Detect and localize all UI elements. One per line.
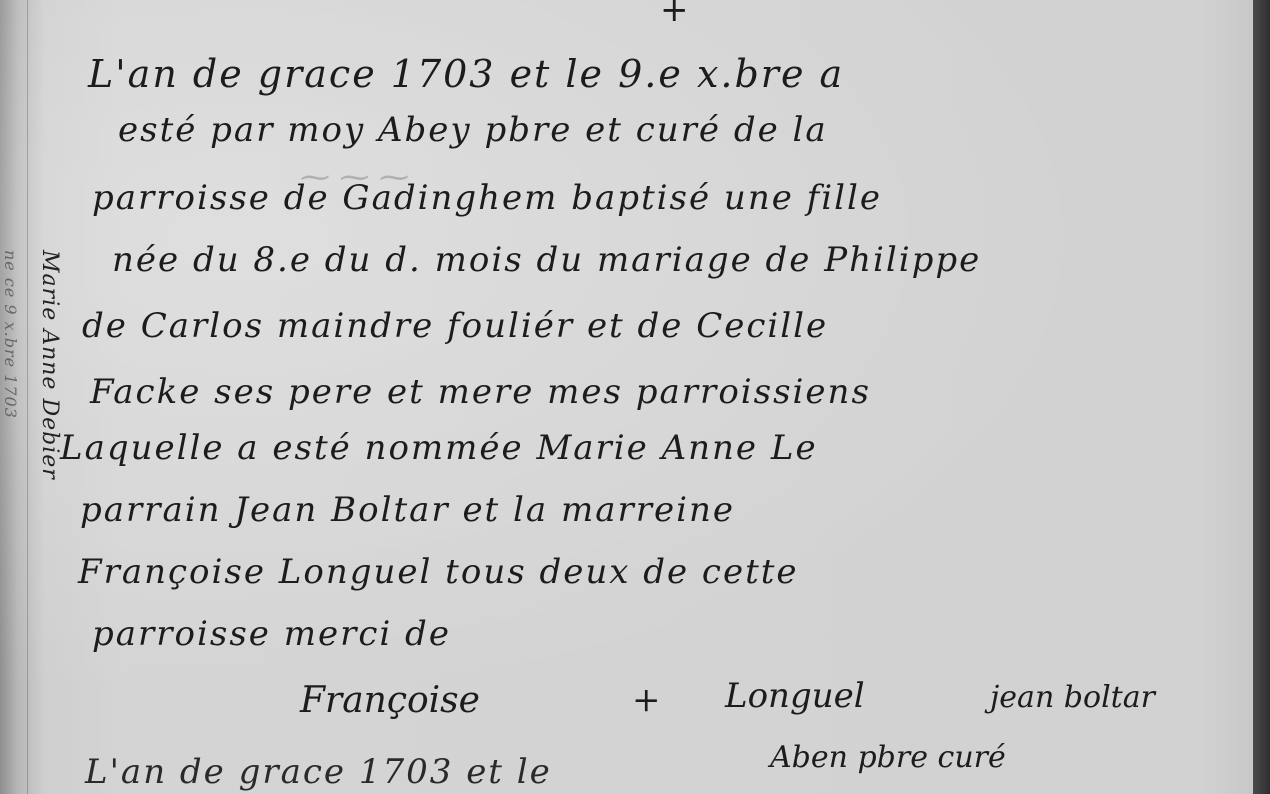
signature-godmother-surname: Longuel (725, 676, 865, 716)
godmother-cross-mark: + (632, 680, 661, 720)
entry-line-5: de Carlos maindre fouliér et de Cecille (82, 306, 828, 346)
entry-line-3: parroisse de Gadinghem baptisé une fille (92, 178, 882, 218)
margin-note-child-name: Marie Anne Debier (37, 250, 62, 480)
next-entry-start: L'an de grace 1703 et le (85, 752, 552, 792)
top-cross-mark: + (660, 0, 689, 30)
margin-rule (27, 0, 28, 794)
signature-godfather: jean boltar (990, 680, 1155, 715)
signature-priest: Aben pbre curé (770, 740, 1006, 775)
entry-line-8: parrain Jean Boltar et la marreine (80, 490, 735, 530)
entry-line-1: L'an de grace 1703 et le 9.e x.bre a (88, 52, 844, 96)
entry-line-9: Françoise Longuel tous deux de cette (78, 552, 799, 592)
entry-line-10: parroisse merci de (92, 614, 451, 654)
signature-godmother-given-name: Françoise (300, 680, 480, 721)
entry-line-2: esté par moy Abey pbre et curé de la (118, 110, 828, 150)
entry-line-4: née du 8.e du d. mois du mariage de Phil… (112, 240, 981, 280)
binding-edge (1253, 0, 1270, 794)
entry-line-7: Laquelle a esté nommée Marie Anne Le (60, 428, 818, 468)
entry-line-6: Facke ses pere et mere mes parroissiens (90, 372, 871, 412)
margin-note-faint: ne ce 9 x.bre 1703 (1, 250, 20, 419)
